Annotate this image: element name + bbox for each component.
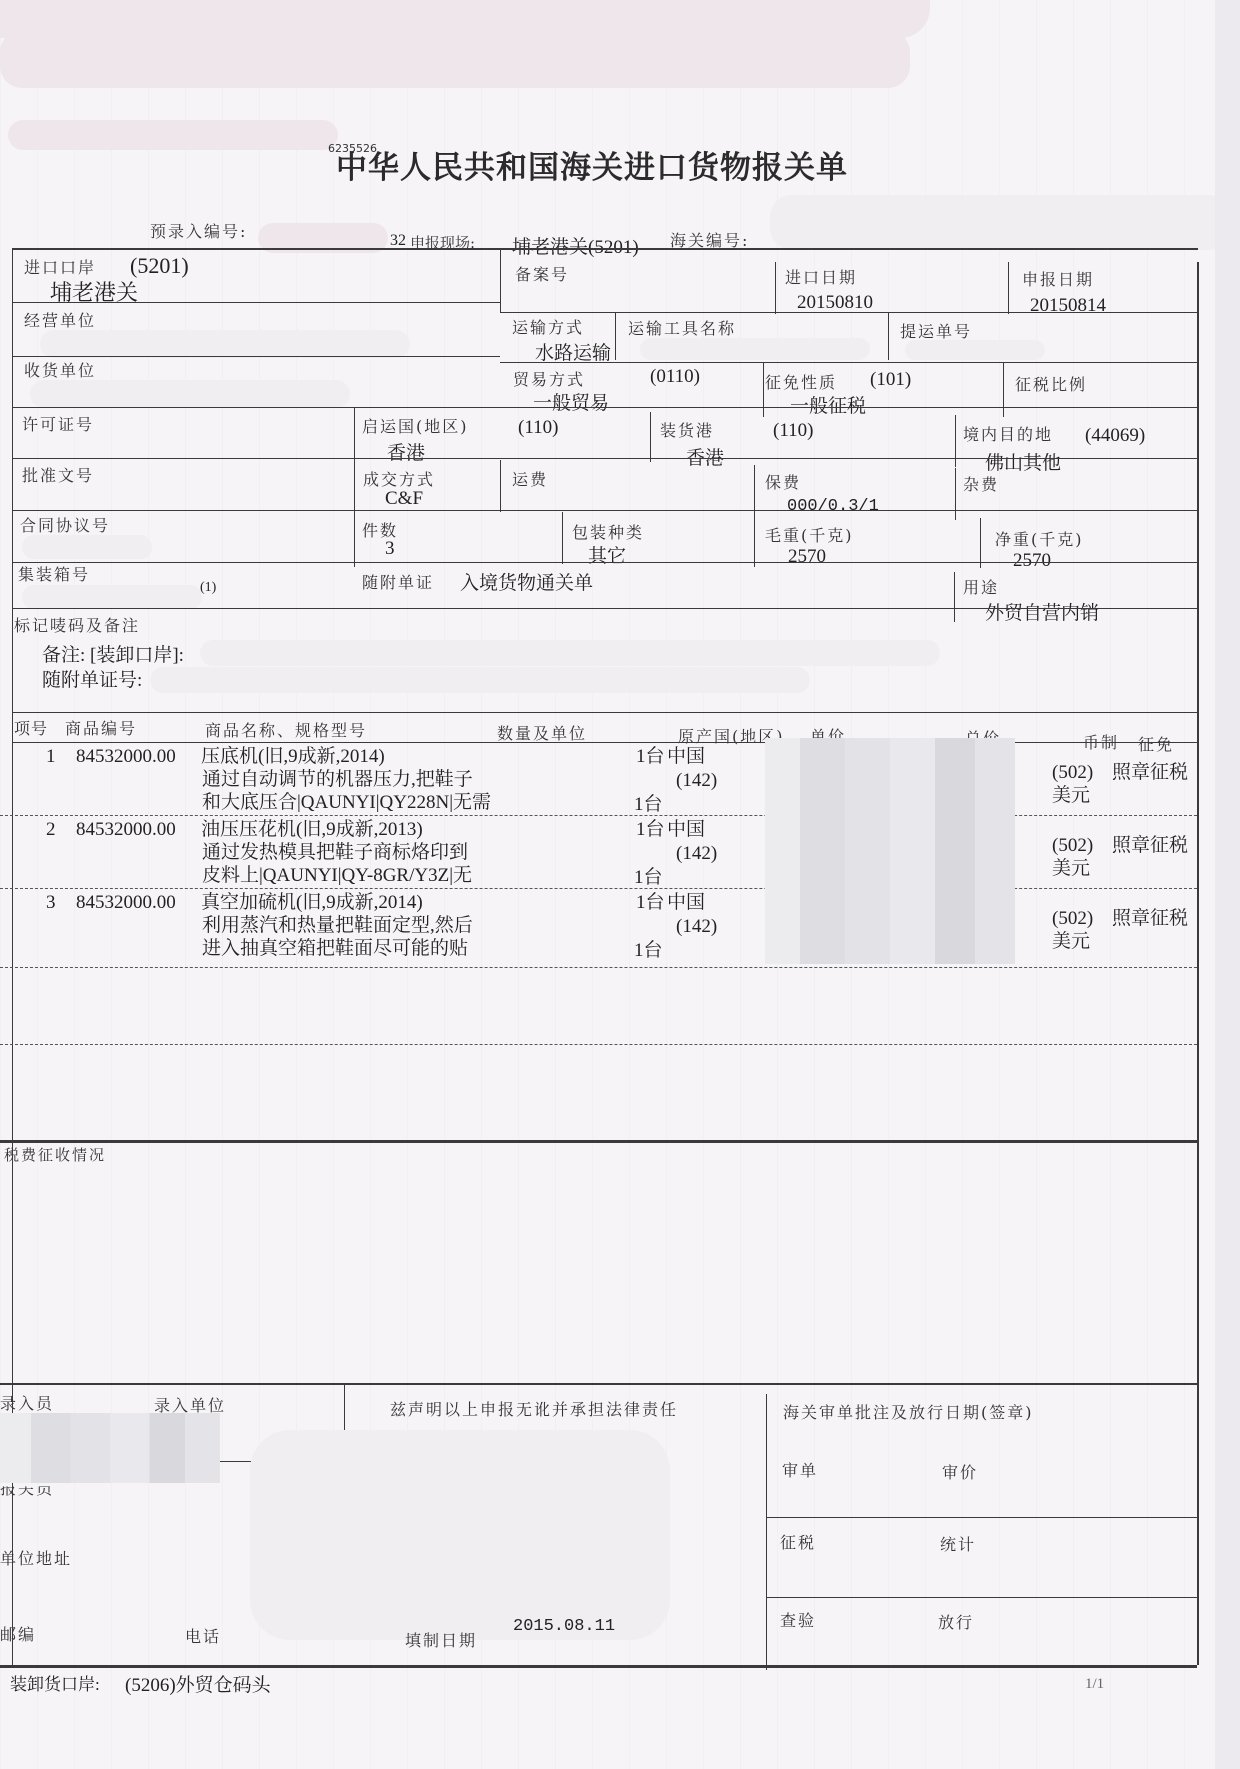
item-country: 中国 <box>667 819 705 840</box>
loading-port-footer-label: 装卸货口岸: <box>10 1670 100 1695</box>
fill-date-value: 2015.08.11 <box>513 1617 615 1636</box>
item-name-line: 真空加硫机(旧,9成新,2014) <box>201 892 423 913</box>
attached-docs-value: 入境货物通关单 <box>460 568 593 595</box>
bill-no-label: 提运单号 <box>900 319 972 342</box>
declare-date-label: 申报日期 <box>1022 267 1094 290</box>
item-name-line: 皮料上|QAUNYI|QY-8GR/Y3Z|无 <box>202 865 472 886</box>
item-qty-legal: 1台 <box>634 867 663 888</box>
levy-nature-value: 一般征税 <box>790 391 866 418</box>
item-currency: 美元 <box>1052 858 1090 879</box>
loading-port-label: 装货港 <box>660 418 714 441</box>
container-no-value: (1) <box>200 580 216 596</box>
package-type-label: 包装种类 <box>572 520 644 543</box>
item-country-code: (142) <box>676 843 717 864</box>
insurance-label: 保费 <box>765 470 801 493</box>
consignee-label: 收货单位 <box>24 358 96 381</box>
entry-clerk-label: 录入员 <box>0 1391 54 1414</box>
pricing-label: 审价 <box>942 1460 978 1483</box>
item-country-code: (142) <box>676 770 717 791</box>
redacted-prices <box>765 738 1015 964</box>
trade-mode-value: 一般贸易 <box>533 388 609 415</box>
item-name-line: 进入抽真空箱把鞋面尽可能的贴 <box>202 938 468 959</box>
col-commodity-code: 商品编号 <box>65 716 137 739</box>
container-no-label: 集装箱号 <box>18 562 90 585</box>
import-date-label: 进口日期 <box>785 265 857 288</box>
item-qty: 1台 <box>636 746 665 767</box>
redacted-area <box>0 1413 220 1483</box>
insurance-value: 000/0.3/1 <box>787 497 879 516</box>
item-levy: 照章征税 <box>1112 762 1188 783</box>
import-date-value: 20150810 <box>797 292 873 314</box>
remarks-line1: 备注: [装卸口岸]: <box>42 640 184 667</box>
inspection-label: 查验 <box>780 1608 816 1631</box>
item-currency-code: (502) <box>1052 762 1093 783</box>
origin-country-label: 启运国(地区) <box>362 414 469 437</box>
item-code: 84532000.00 <box>76 746 176 767</box>
package-type-value: 其它 <box>588 541 626 568</box>
item-no: 2 <box>46 819 56 840</box>
item-country: 中国 <box>667 892 705 913</box>
item-name-line: 通过自动调节的机器压力,把鞋子 <box>202 769 473 790</box>
levy-nature-label: 征免性质 <box>765 370 837 393</box>
import-port-label: 进口口岸 <box>24 255 96 278</box>
misc-fee-label: 杂费 <box>963 472 999 495</box>
item-levy: 照章征税 <box>1112 908 1188 929</box>
item-name-line: 通过发热模具把鞋子商标烙印到 <box>202 842 468 863</box>
item-country-code: (142) <box>676 916 717 937</box>
page-number: 1/1 <box>1085 1676 1104 1693</box>
remarks-line2: 随附单证号: <box>42 665 142 692</box>
declare-site-value: 埔老港关(5201) <box>512 232 639 259</box>
item-currency: 美元 <box>1052 931 1090 952</box>
transport-mode-label: 运输方式 <box>512 315 584 338</box>
item-currency-code: (502) <box>1052 908 1093 929</box>
import-port-code: (5201) <box>130 253 189 279</box>
fill-date-label: 填制日期 <box>405 1628 477 1651</box>
review-label: 审单 <box>782 1458 818 1481</box>
origin-country-code: (110) <box>518 417 558 439</box>
item-code: 84532000.00 <box>76 819 176 840</box>
redacted-area <box>905 340 1045 360</box>
levy-ratio-label: 征税比例 <box>1015 372 1087 395</box>
net-weight-value: 2570 <box>1013 550 1051 572</box>
item-levy: 照章征税 <box>1112 835 1188 856</box>
redacted-stamp <box>250 1430 670 1640</box>
item-qty: 1台 <box>636 892 665 913</box>
origin-country-value: 香港 <box>387 438 425 465</box>
freight-label: 运费 <box>512 467 548 490</box>
destination-code: (44069) <box>1085 425 1145 447</box>
declare-date-value: 20150814 <box>1030 295 1106 317</box>
approval-no-label: 批准文号 <box>22 463 94 486</box>
levy-nature-code: (101) <box>870 369 911 391</box>
redacted-area <box>200 640 940 666</box>
deal-mode-label: 成交方式 <box>363 467 435 490</box>
postcode-label: 邮编 <box>0 1622 36 1645</box>
redacted-area <box>40 330 410 358</box>
redacted-area <box>30 380 350 408</box>
item-qty-legal: 1台 <box>634 940 663 961</box>
transport-tool-label: 运输工具名称 <box>628 316 736 339</box>
loading-port-footer-value: (5206)外贸仓码头 <box>125 1670 271 1697</box>
transport-mode-value: 水路运输 <box>535 338 611 365</box>
packages-value: 3 <box>385 538 395 560</box>
redacted-area <box>22 535 152 559</box>
deal-mode-value: C&F <box>385 488 423 510</box>
redacted-area <box>22 585 202 609</box>
redacted-area <box>8 120 338 150</box>
page-title: 中华人民共和国海关进口货物报关单 <box>336 142 848 187</box>
item-currency-code: (502) <box>1052 835 1093 856</box>
item-name-line: 油压压花机(旧,9成新,2013) <box>201 819 423 840</box>
pre-entry-label: 预录入编号: <box>150 219 247 242</box>
redacted-area <box>770 195 1230 250</box>
loading-port-value: 香港 <box>686 443 724 470</box>
item-no: 3 <box>46 892 56 913</box>
net-weight-label: 净重(千克) <box>995 527 1084 550</box>
license-no-label: 许可证号 <box>22 412 94 435</box>
item-currency: 美元 <box>1052 785 1090 806</box>
loading-port-code: (110) <box>773 420 813 442</box>
redacted-area <box>150 667 810 693</box>
statistics-label: 统计 <box>940 1532 976 1555</box>
declaration-statement: 兹声明以上申报无讹并承担法律责任 <box>390 1397 678 1420</box>
attached-docs-label: 随附单证 <box>362 570 434 593</box>
gross-weight-label: 毛重(千克) <box>765 523 854 546</box>
item-qty-legal: 1台 <box>634 794 663 815</box>
declaration-form: 6235526 中华人民共和国海关进口货物报关单 预录入编号: 32 申报现场:… <box>0 0 1215 1769</box>
tax-section-label: 税费征收情况 <box>4 1144 106 1165</box>
destination-value: 佛山其他 <box>985 448 1061 475</box>
col-item-no: 项号 <box>14 716 48 739</box>
trade-mode-code: (0110) <box>650 366 700 388</box>
scan-edge <box>1215 0 1240 1769</box>
col-levy: 征免 <box>1138 732 1174 755</box>
usage-value: 外贸自营内销 <box>985 598 1099 625</box>
remarks-label: 标记唛码及备注 <box>14 613 140 636</box>
destination-label: 境内目的地 <box>963 422 1053 445</box>
col-quantity-unit: 数量及单位 <box>497 721 587 744</box>
customs-approval-label: 海关审单批注及放行日期(签章) <box>783 1400 1034 1423</box>
item-name-line: 压底机(旧,9成新,2014) <box>201 746 385 767</box>
item-qty: 1台 <box>636 819 665 840</box>
item-name-line: 利用蒸汽和热量把鞋面定型,然后 <box>202 915 473 936</box>
gross-weight-value: 2570 <box>788 546 826 568</box>
levy-label: 征税 <box>780 1530 816 1553</box>
item-country: 中国 <box>667 746 705 767</box>
trade-mode-label: 贸易方式 <box>513 367 585 390</box>
col-name-spec: 商品名称、规格型号 <box>205 718 367 741</box>
item-name-line: 和大底压合|QAUNYI|QY228N|无需 <box>202 792 491 813</box>
usage-label: 用途 <box>963 575 999 598</box>
operating-unit-label: 经营单位 <box>24 308 96 331</box>
item-no: 1 <box>46 746 56 767</box>
redacted-area <box>0 30 910 88</box>
release-label: 放行 <box>938 1610 974 1633</box>
contract-no-label: 合同协议号 <box>20 513 110 536</box>
phone-label: 电话 <box>185 1624 221 1647</box>
redacted-area <box>640 338 870 360</box>
record-no-label: 备案号 <box>515 262 569 285</box>
unit-address-label: 单位地址 <box>0 1546 72 1569</box>
item-code: 84532000.00 <box>76 892 176 913</box>
